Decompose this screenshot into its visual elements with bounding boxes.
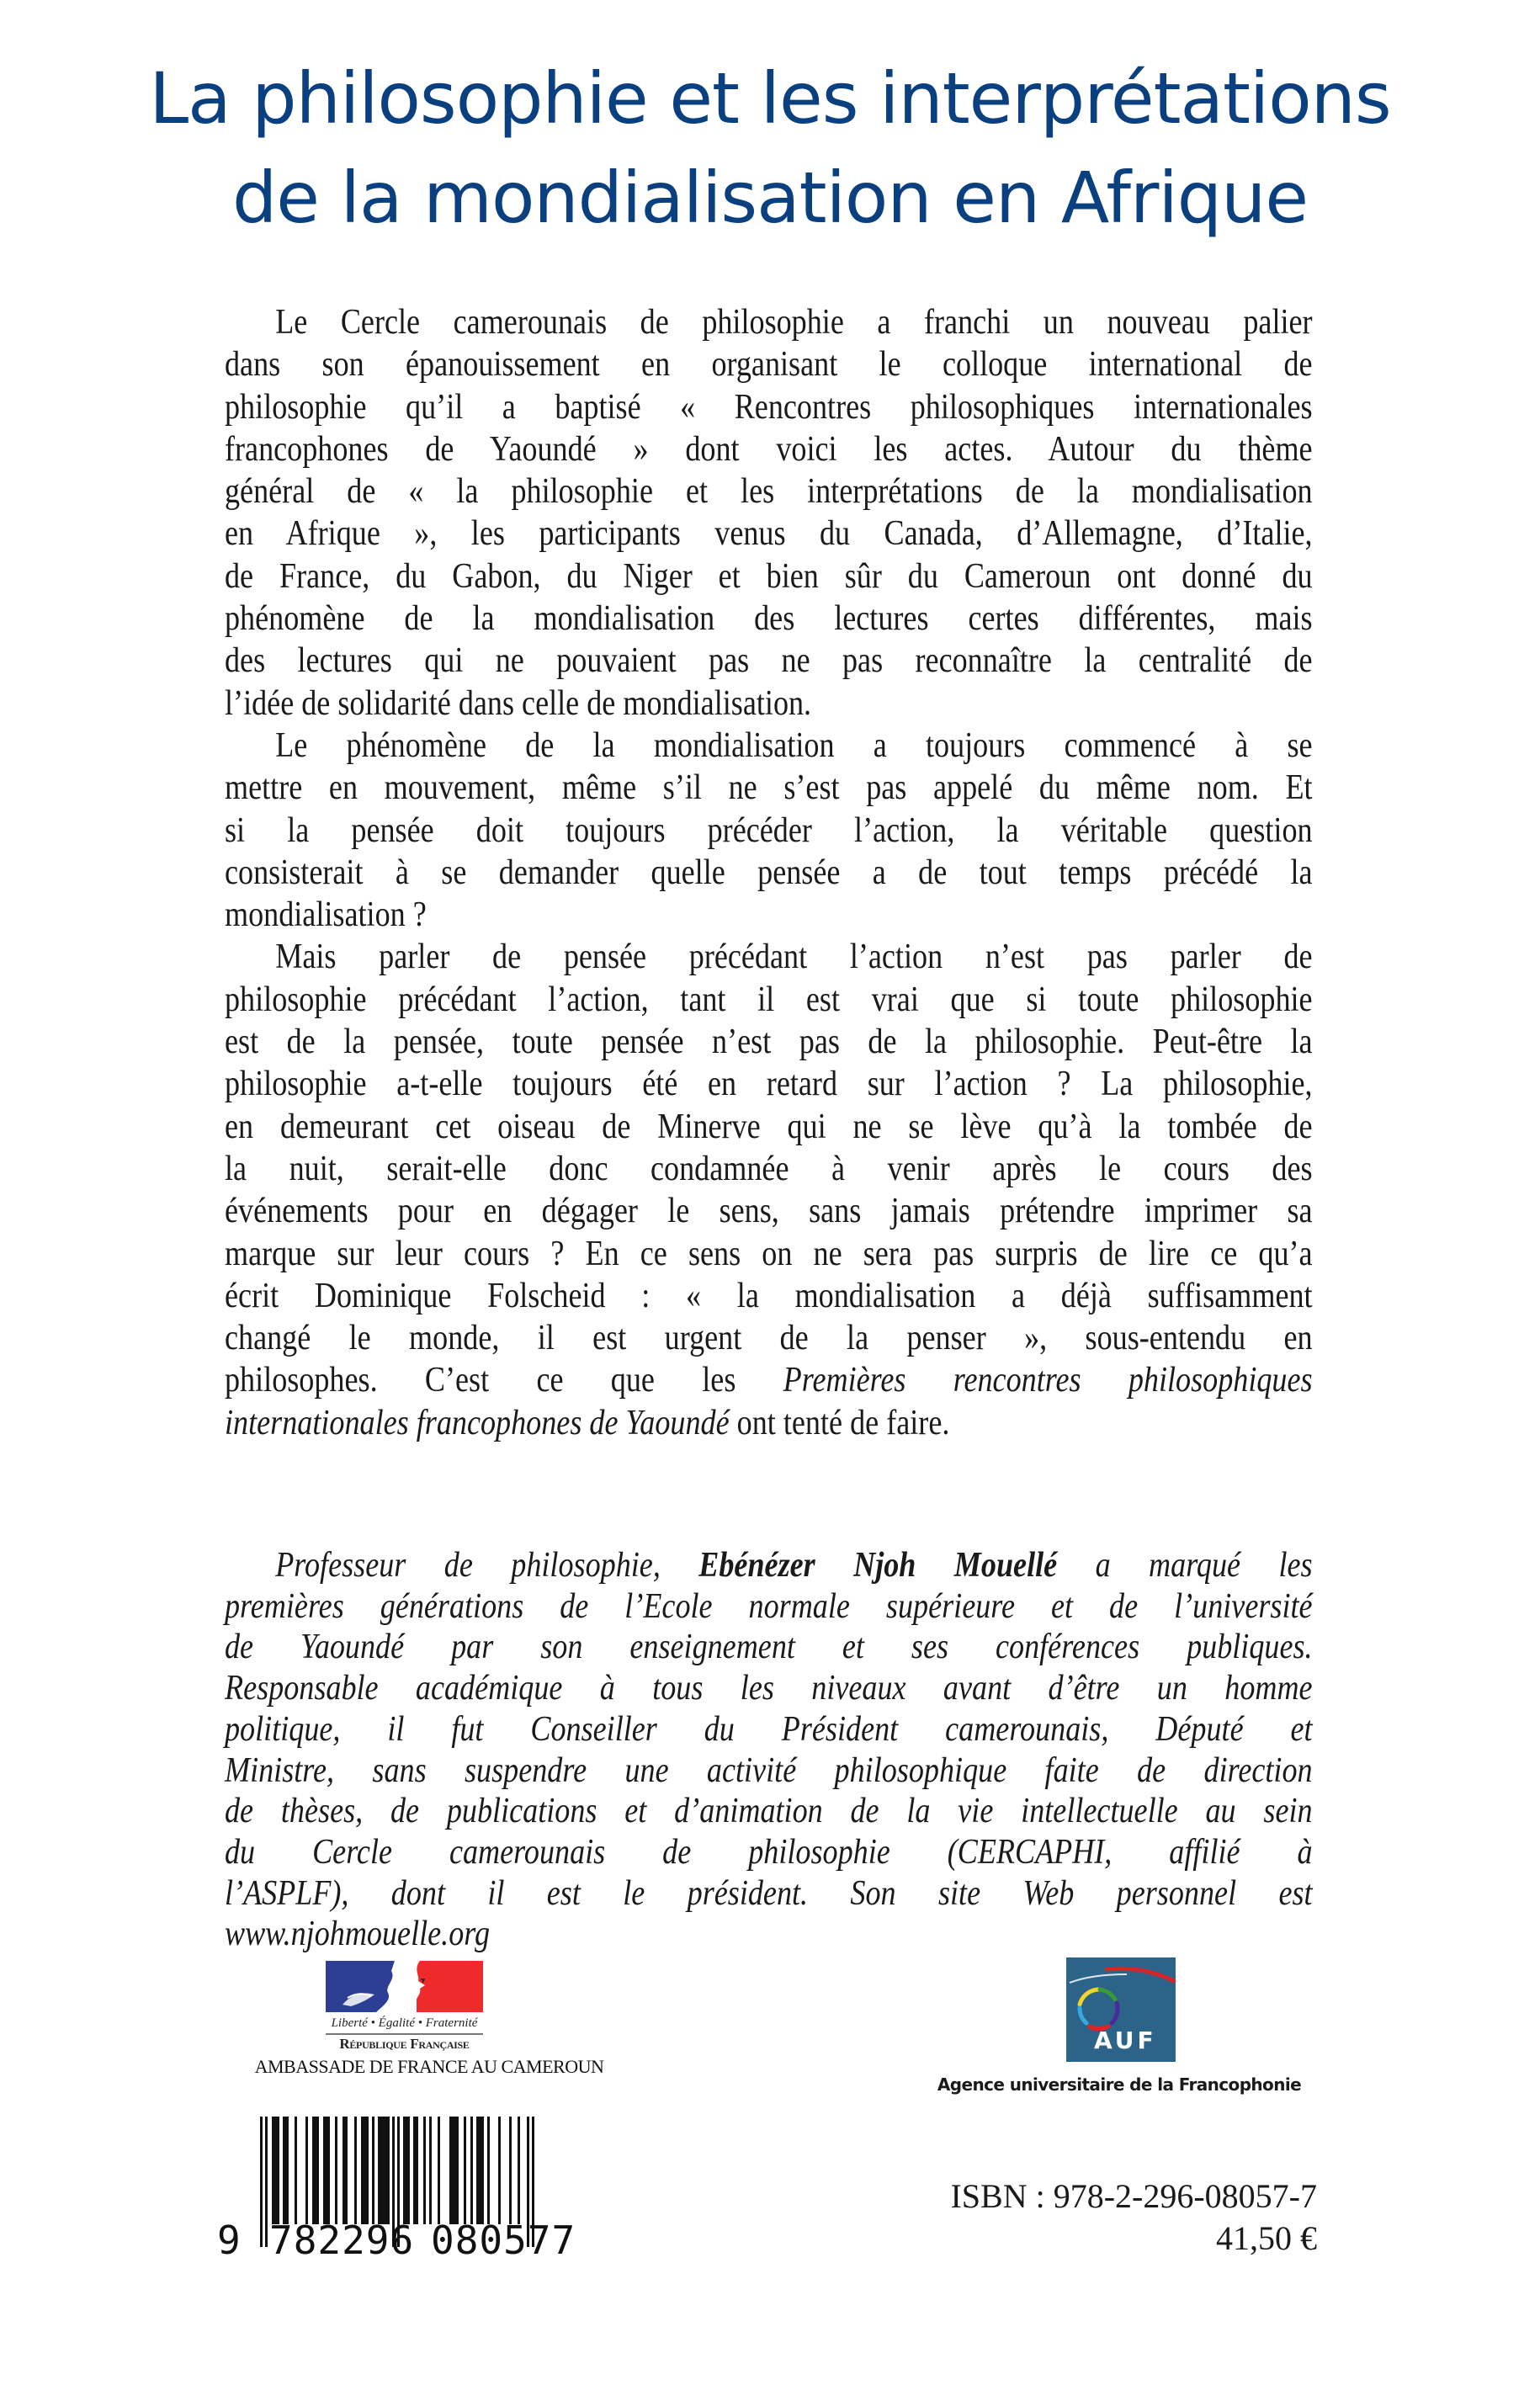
blurb-line: Le phénomène de la mondialisation a touj… xyxy=(225,725,1313,767)
blurb-text: Le Cercle camerounais de philosophie a f… xyxy=(225,301,1313,1444)
blurb-line: mondialisation ? xyxy=(225,894,1313,936)
conference-title-italic: Premières rencontres philosophiques xyxy=(783,1361,1313,1400)
blurb-line: général de « la philosophie et les inter… xyxy=(225,470,1313,513)
blurb-line: philosophie précédant l’action, tant il … xyxy=(225,979,1313,1021)
french-embassy-logo: Liberté • Égalité • Fraternité Républiqu… xyxy=(236,1957,623,2083)
blurb-line: événements pour en dégager le sens, sans… xyxy=(225,1190,1313,1232)
auf-full-name: Agence universitaire de la Francophonie xyxy=(934,2074,1304,2095)
bio-line: de Yaoundé par son enseignement et ses c… xyxy=(225,1627,1313,1668)
blurb-line: en demeurant cet oiseau de Minerve qui n… xyxy=(225,1106,1313,1148)
logo-divider xyxy=(326,2033,483,2035)
blurb-line: phénomène de la mondialisation des lectu… xyxy=(225,598,1313,640)
author-name: Ebénézer Njoh Mouellé xyxy=(698,1546,1057,1585)
blurb-line: des lectures qui ne pouvaient pas ne pas… xyxy=(225,640,1313,682)
blurb-line: en Afrique », les participants venus du … xyxy=(225,513,1313,555)
barcode-right-group: 080577 xyxy=(431,2218,576,2263)
blurb-line: consisterait à se demander quelle pensée… xyxy=(225,852,1313,894)
blurb-line: est de la pensée, toute pensée n’est pas… xyxy=(225,1021,1313,1063)
blurb-line: dans son épanouissement en organisant le… xyxy=(225,343,1313,385)
conference-title-italic: internationales francophones de Yaoundé xyxy=(225,1404,730,1442)
blurb-last-line: internationales francophones de Yaoundé … xyxy=(225,1402,1313,1444)
blurb-line: de France, du Gabon, du Niger et bien sû… xyxy=(225,555,1313,598)
isbn-barcode: 9 782296 080577 xyxy=(217,2117,613,2260)
bio-line: de thèses, de publications et d’animatio… xyxy=(225,1791,1313,1832)
auf-acronym: AUF xyxy=(1094,2026,1157,2054)
bio-text: Professeur de philosophie, Ebénézer Njoh… xyxy=(225,1545,1313,1955)
bio-line: Responsable académique à tous les niveau… xyxy=(225,1668,1313,1709)
republic-motto: Liberté • Égalité • Fraternité xyxy=(326,2016,483,2031)
barcode-left-group: 782296 xyxy=(269,2218,414,2263)
embassy-name: AMBASSADE DE FRANCE AU CAMEROUN xyxy=(236,2056,623,2078)
back-cover-blurb: Le Cercle camerounais de philosophie a f… xyxy=(225,301,1313,1444)
isbn-number: ISBN : 978-2-296-08057-7 xyxy=(950,2176,1317,2216)
blurb-line: philosophie qu’il a baptisé « Rencontres… xyxy=(225,386,1313,428)
blurb-text-segment: philosophes. C’est ce que les xyxy=(225,1361,783,1400)
book-title: La philosophie et les interprétations de… xyxy=(0,49,1540,247)
book-title-line-1: La philosophie et les interprétations xyxy=(0,49,1540,148)
author-bio: Professeur de philosophie, Ebénézer Njoh… xyxy=(225,1545,1313,1955)
auf-logo: AUF Agence universitaire de la Francopho… xyxy=(934,1957,1304,2101)
bio-line: Professeur de philosophie, Ebénézer Njoh… xyxy=(225,1545,1313,1586)
blurb-line: l’idée de solidarité dans celle de mondi… xyxy=(225,683,1313,725)
bio-line: du Cercle camerounais de philosophie (CE… xyxy=(225,1832,1313,1873)
blurb-line: francophones de Yaoundé » dont voici les… xyxy=(225,428,1313,470)
bio-line: l’ASPLF), dont il est le président. Son … xyxy=(225,1873,1313,1915)
blurb-line: mettre en mouvement, même s’il ne s’est … xyxy=(225,767,1313,809)
republic-name: République Française xyxy=(326,2036,483,2053)
bio-line: Ministre, sans suspendre une activité ph… xyxy=(225,1750,1313,1792)
bio-line: politique, il fut Conseiller du Présiden… xyxy=(225,1709,1313,1750)
blurb-line: Le Cercle camerounais de philosophie a f… xyxy=(225,301,1313,343)
blurb-line: si la pensée doit toujours précéder l’ac… xyxy=(225,810,1313,852)
book-price: 41,50 € xyxy=(1216,2218,1317,2258)
blurb-text-segment: ont tenté de faire. xyxy=(730,1404,950,1442)
blurb-line-with-italic: philosophes. C’est ce que les Premières … xyxy=(225,1359,1313,1401)
blurb-line: la nuit, serait-elle donc condamnée à ve… xyxy=(225,1148,1313,1190)
blurb-line: écrit Dominique Folscheid : « la mondial… xyxy=(225,1275,1313,1317)
barcode-first-digit: 9 xyxy=(217,2218,241,2263)
bio-text-segment: Professeur de philosophie, xyxy=(275,1546,698,1585)
bio-text-segment: a marqué les xyxy=(1057,1546,1312,1585)
book-title-line-2: de la mondialisation en Afrique xyxy=(0,148,1540,247)
blurb-line: changé le monde, il est urgent de la pen… xyxy=(225,1317,1313,1359)
blurb-line: Mais parler de pensée précédant l’action… xyxy=(225,936,1313,978)
author-website-link[interactable]: www.njohmouelle.org xyxy=(225,1914,1313,1955)
bio-line: premières générations de l’Ecole normale… xyxy=(225,1586,1313,1628)
blurb-line: marque sur leur cours ? En ce sens on ne… xyxy=(225,1233,1313,1275)
marianne-flag-icon xyxy=(326,1961,483,2012)
blurb-line: philosophie a-t-elle toujours été en ret… xyxy=(225,1063,1313,1105)
